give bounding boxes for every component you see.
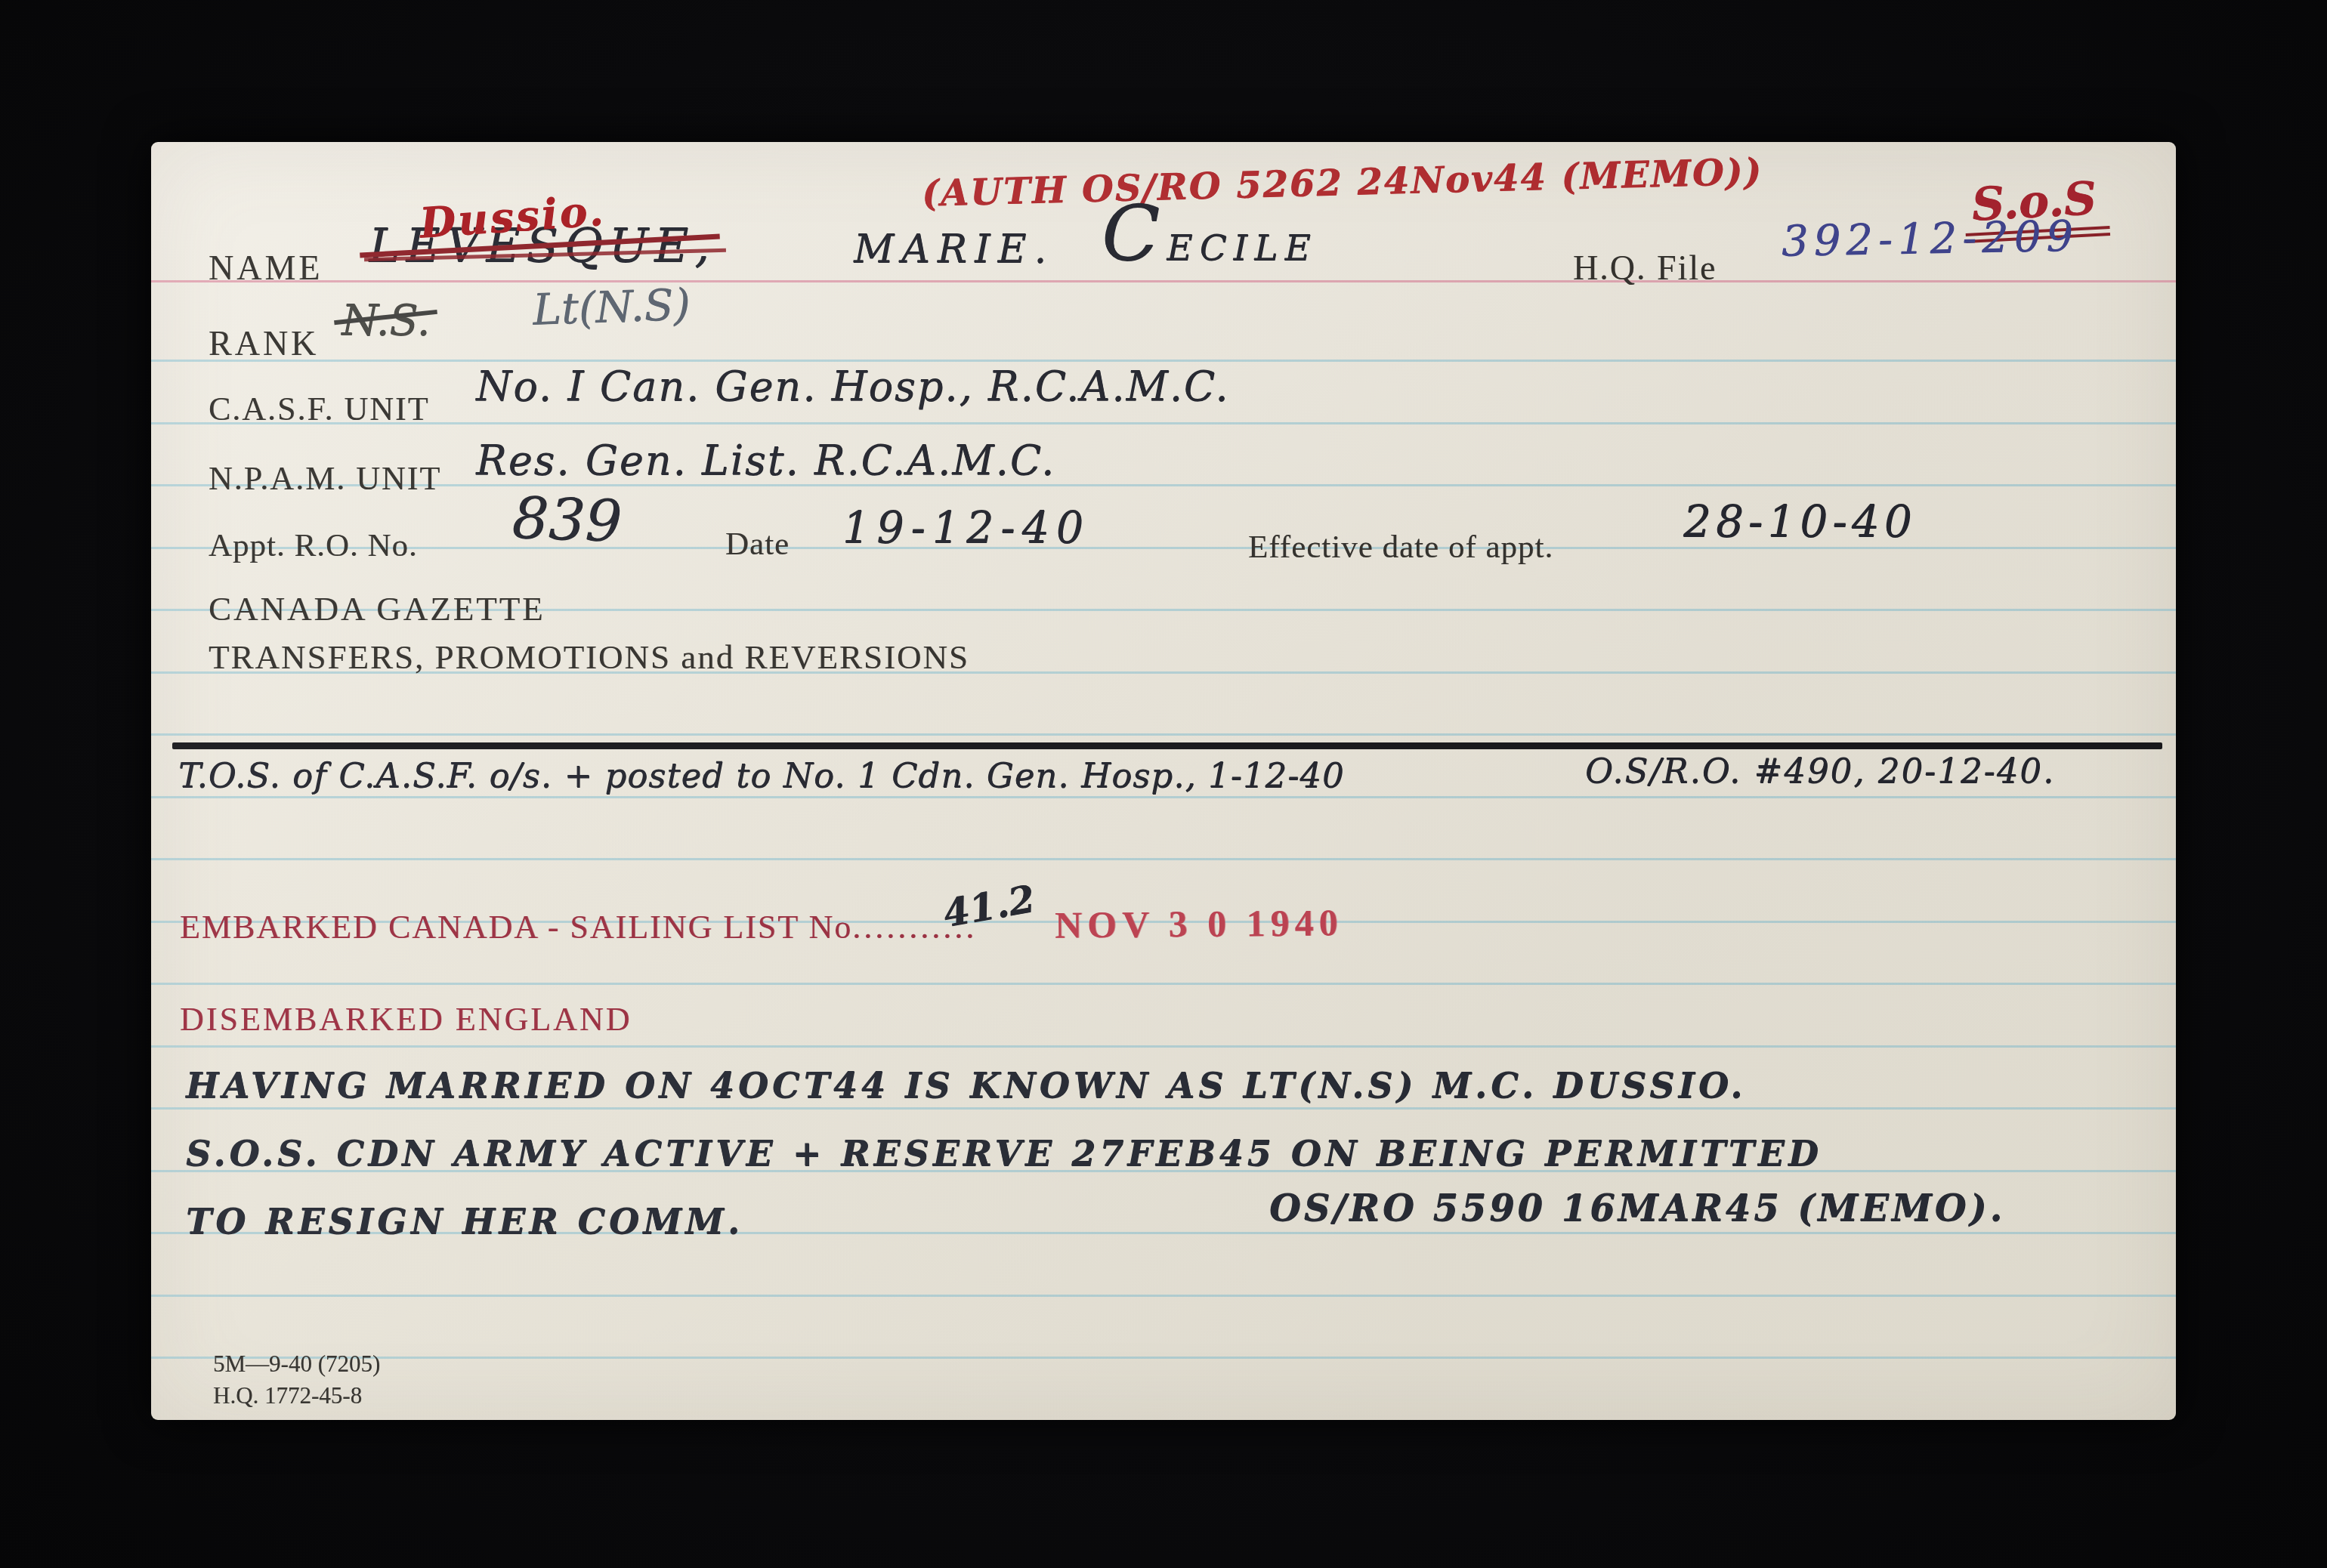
- hq-file-value: 392-12-209: [1781, 212, 2078, 267]
- canada-gazette-header: CANADA GAZETTE: [209, 589, 545, 628]
- hq-form-number: H.Q. 1772-45-8: [213, 1382, 362, 1409]
- tos-entry-right: O.S/R.O. #490, 20-12-40.: [1585, 751, 2055, 791]
- npam-unit-label: N.P.A.M. UNIT: [209, 459, 441, 498]
- auth-annotation: (AUTH OS/RO 5262 24Nov44 (MEMO)): [921, 150, 1763, 215]
- second-name-value: CECILE: [1102, 205, 1318, 269]
- npam-unit-value: Res. Gen. List. R.C.A.M.C.: [476, 437, 1055, 484]
- rank-crossed-out: N.S.: [341, 296, 430, 345]
- appt-ro-no-value: 839: [511, 483, 623, 554]
- section-divider-line: [172, 742, 2162, 749]
- note-line-3: TO RESIGN HER COMM.: [186, 1201, 743, 1242]
- disembarked-england-stamp: DISEMBARKED ENGLAND: [180, 1000, 632, 1039]
- embarked-canada-stamp: EMBARKED CANADA - SAILING LIST No.......…: [180, 908, 977, 946]
- given-name-value: MARIE.: [854, 227, 1054, 272]
- effective-date-label: Effective date of appt.: [1248, 529, 1553, 566]
- photo-background: (AUTH OS/RO 5262 24Nov44 (MEMO)) S.o.S N…: [0, 0, 2327, 1568]
- service-record-card: (AUTH OS/RO 5262 24Nov44 (MEMO)) S.o.S N…: [151, 142, 2176, 1420]
- note-line-2: S.O.S. CDN ARMY ACTIVE + RESERVE 27FEB45…: [186, 1133, 1822, 1174]
- casf-unit-value: No. I Can. Gen. Hosp., R.C.A.M.C.: [476, 363, 1229, 410]
- name-field-label: NAME: [209, 248, 323, 288]
- tos-entry-left: T.O.S. of C.A.S.F. o/s. + posted to No. …: [178, 755, 1345, 795]
- date-stamp: NOV 3 0 1940: [1055, 900, 1343, 946]
- embarked-label-text: EMBARKED CANADA - SAILING LIST No: [180, 909, 852, 946]
- date-field-value: 19-12-40: [842, 503, 1090, 553]
- note-line-3-reference: OS/RO 5590 16MAR45 (MEMO).: [1269, 1187, 2005, 1230]
- casf-unit-label: C.A.S.F. UNIT: [209, 390, 430, 428]
- form-number: 5M—9-40 (7205): [213, 1350, 380, 1378]
- date-field-label: Date: [725, 526, 790, 563]
- rank-field-label: RANK: [209, 323, 319, 363]
- appt-ro-no-label: Appt. R.O. No.: [209, 527, 418, 564]
- effective-date-value: 28-10-40: [1683, 495, 1917, 547]
- hq-file-label: H.Q. File: [1573, 248, 1717, 288]
- rank-value: Lt(N.S): [532, 279, 691, 335]
- name-rule-line: [151, 280, 2176, 282]
- transfers-section-header: TRANSFERS, PROMOTIONS and REVERSIONS: [209, 637, 969, 677]
- note-line-1: HAVING MARRIED ON 4OCT44 IS KNOWN AS LT(…: [186, 1065, 1746, 1106]
